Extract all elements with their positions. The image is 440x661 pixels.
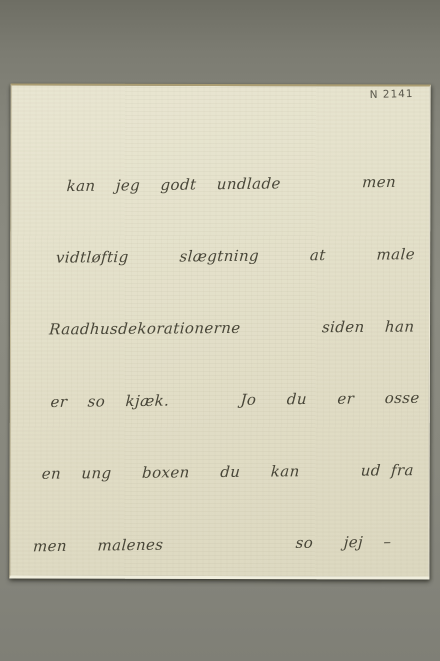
note-line-6: men malenes so jej –: [32, 530, 386, 559]
note-line-4: er so kjæk. Jo du er osse: [50, 386, 396, 414]
note-line-3: Raadhusdekorationerne siden han: [48, 315, 400, 342]
note-line-2: vidtløftig slægtning at male: [55, 242, 405, 269]
note-line-5: en ung boxen du kan ud fra: [41, 458, 391, 485]
photo-background: N 2141 kan jeg godt undlade men vidtløft…: [0, 0, 440, 661]
catalog-number: N 2141: [370, 88, 414, 101]
handwritten-note: kan jeg godt undlade men vidtløftig slæg…: [31, 123, 412, 605]
note-line-1: kan jeg godt undlade men: [66, 170, 410, 198]
note-paper: N 2141 kan jeg godt undlade men vidtløft…: [9, 83, 430, 579]
